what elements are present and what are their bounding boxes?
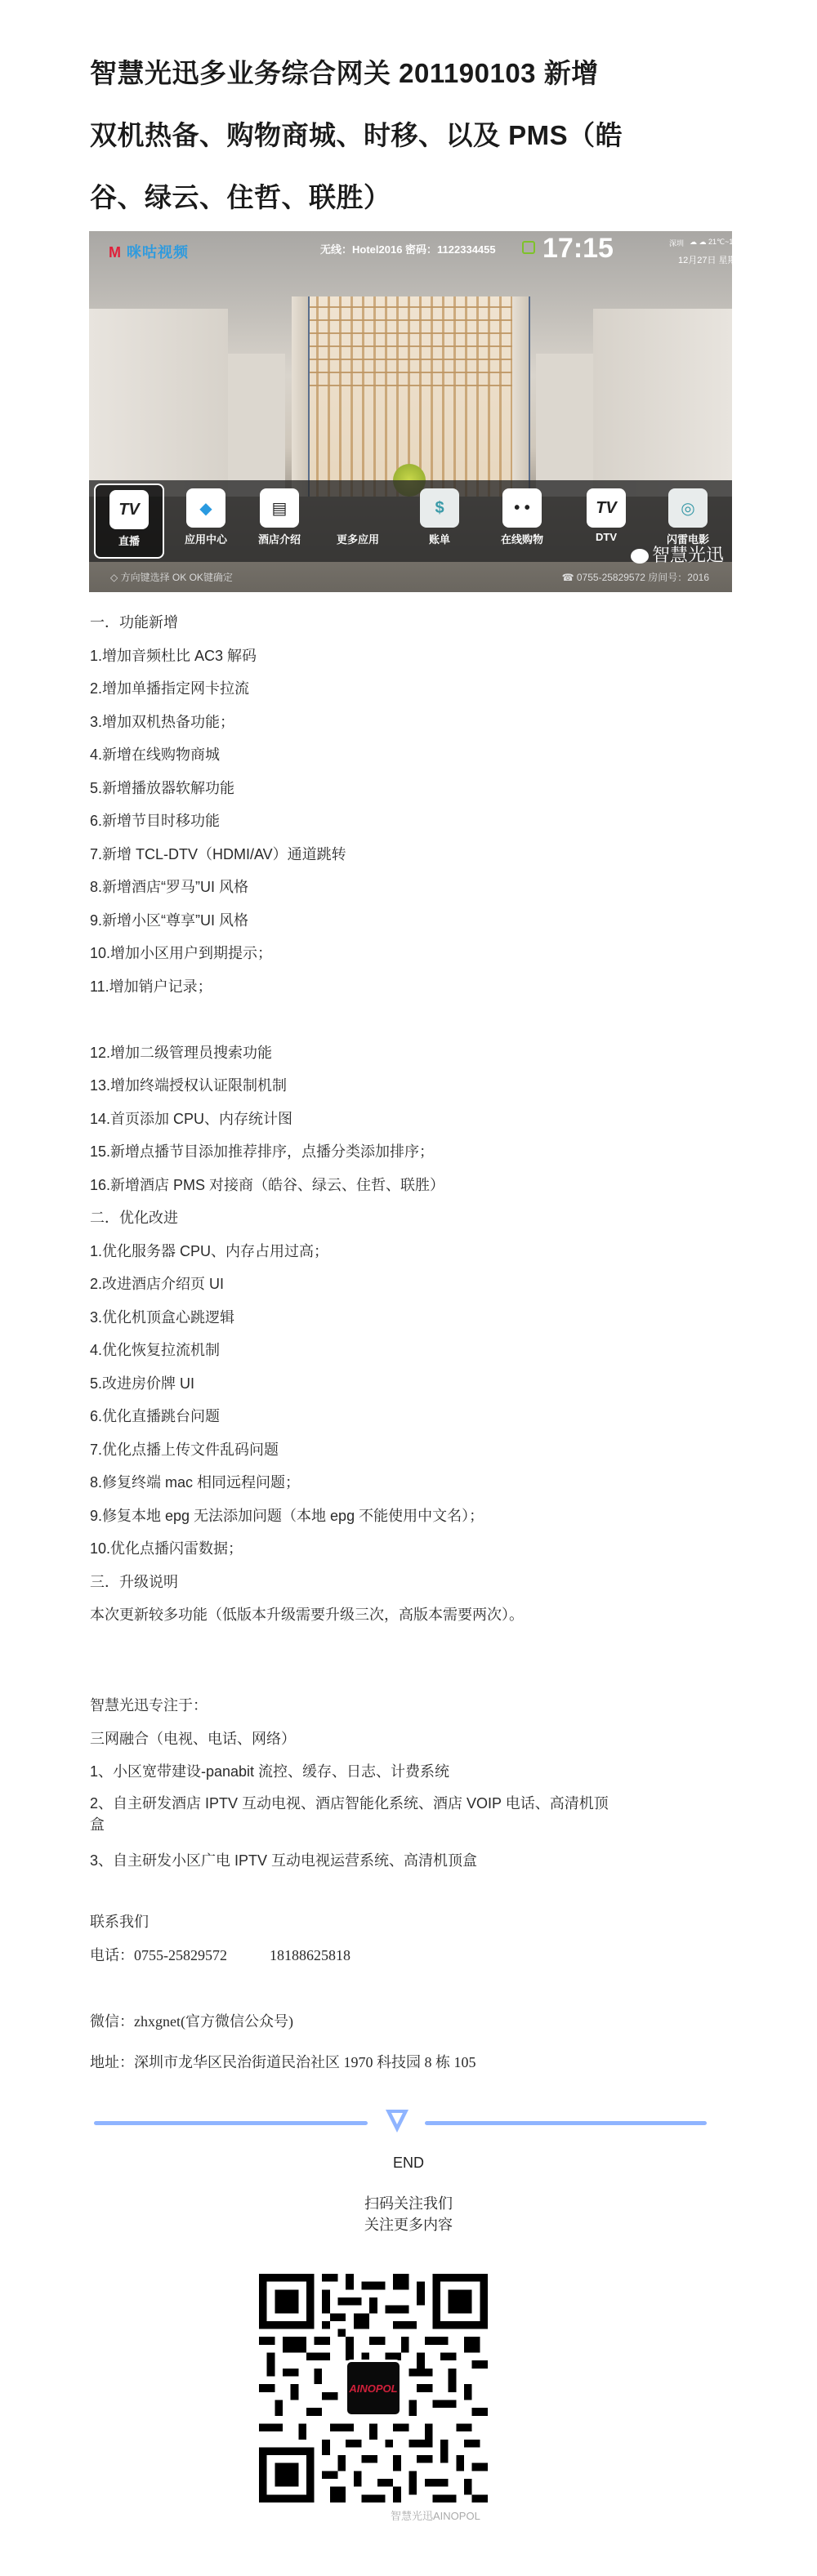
list-item: 9.修复本地 epg 无法添加问题（本地 epg 不能使用中文名）；	[90, 1500, 760, 1533]
article-title: 智慧光迅多业务综合网关 201190103 新增 双机热备、购物商城、时移、以及…	[90, 42, 743, 229]
release-notes: 一．功能新增 1.增加音频杜比 AC3 解码 2.增加单播指定网卡拉流 3.增加…	[90, 606, 760, 1632]
clock: 17:15	[542, 233, 614, 265]
list-item: 4.优化恢复拉流机制	[90, 1334, 760, 1367]
weather-city: 深圳	[669, 238, 684, 248]
list-item: 13.增加终端授权认证限制机制	[90, 1069, 760, 1103]
section-heading: 二．优化改进	[90, 1201, 760, 1235]
lobby-wall-right	[593, 309, 732, 497]
room-info: ☎ 0755-25829572 房间号：2016	[562, 570, 709, 584]
date: 12月27日 星期四	[678, 253, 732, 266]
wifi-status: 无线：Hotel2016 密码：1122334455	[320, 241, 496, 256]
menu-label: 在线购物	[487, 531, 557, 546]
menu-label: 更多应用	[323, 531, 393, 546]
focus-item: 3、自主研发小区广电 IPTV 互动电视运营系统、高清机顶盒	[90, 1844, 760, 1878]
section-heading: 一．功能新增	[90, 606, 760, 640]
ainopol-logo: AINOPOL	[345, 2360, 402, 2417]
scan-prompt: 扫码关注我们 关注更多内容	[0, 2193, 817, 2235]
contact-info: 联系我们 电话：0755-2582957218188625818 微信：zhxg…	[90, 1905, 760, 2079]
scan-line-2: 关注更多内容	[0, 2214, 817, 2235]
list-item: 10.优化点播闪雷数据；	[90, 1532, 760, 1566]
lobby-wall-left	[89, 309, 228, 497]
weather-icon: ☁ ☁	[690, 238, 708, 246]
menu-item-online-shopping[interactable]: • • 在线购物	[487, 484, 557, 559]
divider-right	[425, 2121, 707, 2125]
focus-heading: 智慧光迅专注于：	[90, 1689, 760, 1723]
list-item: 6.优化直播跳台问题	[90, 1400, 760, 1433]
address-line: 地址：深圳市龙华区民治街道民治社区 1970 科技园 8 栋 105	[90, 2046, 760, 2079]
phone-2[interactable]: 18188625818	[270, 1947, 350, 1963]
list-item: 3.增加双机热备功能；	[90, 706, 760, 739]
list-item: 9.新增小区“尊享”UI 风格	[90, 904, 760, 938]
menu-item-app-center[interactable]: ◆ 应用中心	[171, 484, 241, 559]
spacer	[90, 1003, 760, 1036]
focus-item-wrap: 盒	[90, 1815, 760, 1844]
wechat-watermark: 智慧光迅	[631, 541, 724, 567]
grid-icon	[338, 488, 377, 528]
wechat-icon	[631, 549, 649, 564]
menu-label: 账单	[404, 531, 475, 546]
list-item: 5.新增播放器软解功能	[90, 772, 760, 805]
title-line-2: 双机热备、购物商城、时移、以及 PMS（皓	[90, 105, 743, 167]
menu-label: 酒店介绍	[244, 531, 315, 546]
list-item: 2.增加单播指定网卡拉流	[90, 672, 760, 706]
migu-logo: M 咪咕视频	[109, 241, 189, 262]
scan-line-1: 扫码关注我们	[0, 2193, 817, 2214]
list-item: 6.新增节目时移功能	[90, 804, 760, 838]
tv-icon: TV	[109, 490, 149, 529]
list-item: 8.新增酒店“罗马”UI 风格	[90, 871, 760, 904]
lobby-pillar	[512, 296, 530, 501]
spacer	[90, 1972, 760, 2005]
list-item: 8.修复终端 mac 相同远程问题；	[90, 1466, 760, 1500]
tv-icon: TV	[587, 488, 626, 528]
network-icon	[522, 241, 535, 254]
list-item: 2.改进酒店介绍页 UI	[90, 1268, 760, 1301]
list-item: 5.改进房价牌 UI	[90, 1367, 760, 1401]
menu-item-live[interactable]: TV 直播	[94, 484, 164, 559]
focus-item: 1、小区宽带建设-panabit 流控、缓存、日志、计费系统	[90, 1755, 760, 1789]
building-icon: ▤	[260, 488, 299, 528]
user-bill-icon: $	[420, 488, 459, 528]
lobby-ceiling-lattice	[293, 296, 530, 386]
list-item: 14.首页添加 CPU、内存统计图	[90, 1103, 760, 1136]
logo-mark: M	[109, 244, 122, 261]
section-heading: 三．升级说明	[90, 1566, 760, 1599]
wechat-line: 微信：zhxgnet(官方微信公众号)	[90, 2005, 760, 2039]
list-item: 7.新增 TCL-DTV（HDMI/AV）通道跳转	[90, 838, 760, 871]
upgrade-note: 本次更新较多功能（低版本升级需要升级三次，高版本需要两次）。	[90, 1598, 760, 1632]
list-item: 7.优化点播上传文件乱码问题	[90, 1433, 760, 1467]
focus-item: 2、自主研发酒店 IPTV 互动电视、酒店智能化系统、酒店 VOIP 电话、高清…	[90, 1792, 760, 1815]
title-line-1: 智慧光迅多业务综合网关 201190103 新增	[90, 42, 743, 105]
end-label: END	[0, 2155, 817, 2172]
menu-item-more-apps[interactable]: 更多应用	[323, 484, 393, 559]
shopping-bag-cube-icon: ◆	[186, 488, 225, 528]
film-reel-icon: ◎	[668, 488, 708, 528]
temperature-text: 21℃~14℃	[708, 238, 732, 246]
list-item: 4.新增在线购物商城	[90, 738, 760, 772]
shopping-bag-icon: • •	[502, 488, 542, 528]
focus-subheading: 三网融合（电视、电话、网络）	[90, 1723, 760, 1756]
lobby-wall-right-inner	[536, 354, 593, 497]
list-item: 3.优化机顶盒心跳逻辑	[90, 1301, 760, 1335]
qr-code[interactable]: AINOPOL	[259, 2274, 488, 2502]
company-info: 智慧光迅专注于： 三网融合（电视、电话、网络） 1、小区宽带建设-panabit…	[90, 1689, 760, 1877]
menu-label: 应用中心	[171, 531, 241, 546]
qr-caption: 智慧光迅AINOPOL	[391, 2507, 480, 2523]
phone-1[interactable]: 0755-25829572	[134, 1947, 227, 1963]
list-item: 1.优化服务器 CPU、内存占用过高；	[90, 1235, 760, 1268]
lobby-wall-left-inner	[228, 354, 285, 497]
list-item: 15.新增点播节目添加推荐排序，点播分类添加排序；	[90, 1135, 760, 1169]
title-line-3: 谷、绿云、住哲、联胜）	[90, 167, 743, 229]
weather-temperature: ☁ ☁ 21℃~14℃	[690, 238, 732, 247]
menu-item-hotel-intro[interactable]: ▤ 酒店介绍	[244, 484, 315, 559]
list-item: 12.增加二级管理员搜索功能	[90, 1036, 760, 1070]
lobby-pillar	[292, 296, 310, 501]
divider-left	[94, 2121, 368, 2125]
hotel-tv-screenshot: M 咪咕视频 无线：Hotel2016 密码：1122334455 17:15 …	[89, 231, 732, 592]
logo-text: 咪咕视频	[127, 244, 189, 261]
triangle-down-icon	[386, 2110, 408, 2133]
list-item: 10.增加小区用户到期提示；	[90, 937, 760, 970]
menu-item-bill[interactable]: $ 账单	[404, 484, 475, 559]
phone-line: 电话：0755-2582957218188625818	[90, 1939, 760, 1972]
list-item: 16.新增酒店 PMS 对接商（皓谷、绿云、住哲、联胜）	[90, 1169, 760, 1202]
remote-hint: ◇ 方向键选择 OK OK键确定	[110, 570, 233, 584]
menu-label: 直播	[96, 533, 163, 548]
list-item: 11.增加销户记录；	[90, 970, 760, 1004]
contact-heading: 联系我们	[90, 1905, 760, 1939]
list-item: 1.增加音频杜比 AC3 解码	[90, 640, 760, 673]
